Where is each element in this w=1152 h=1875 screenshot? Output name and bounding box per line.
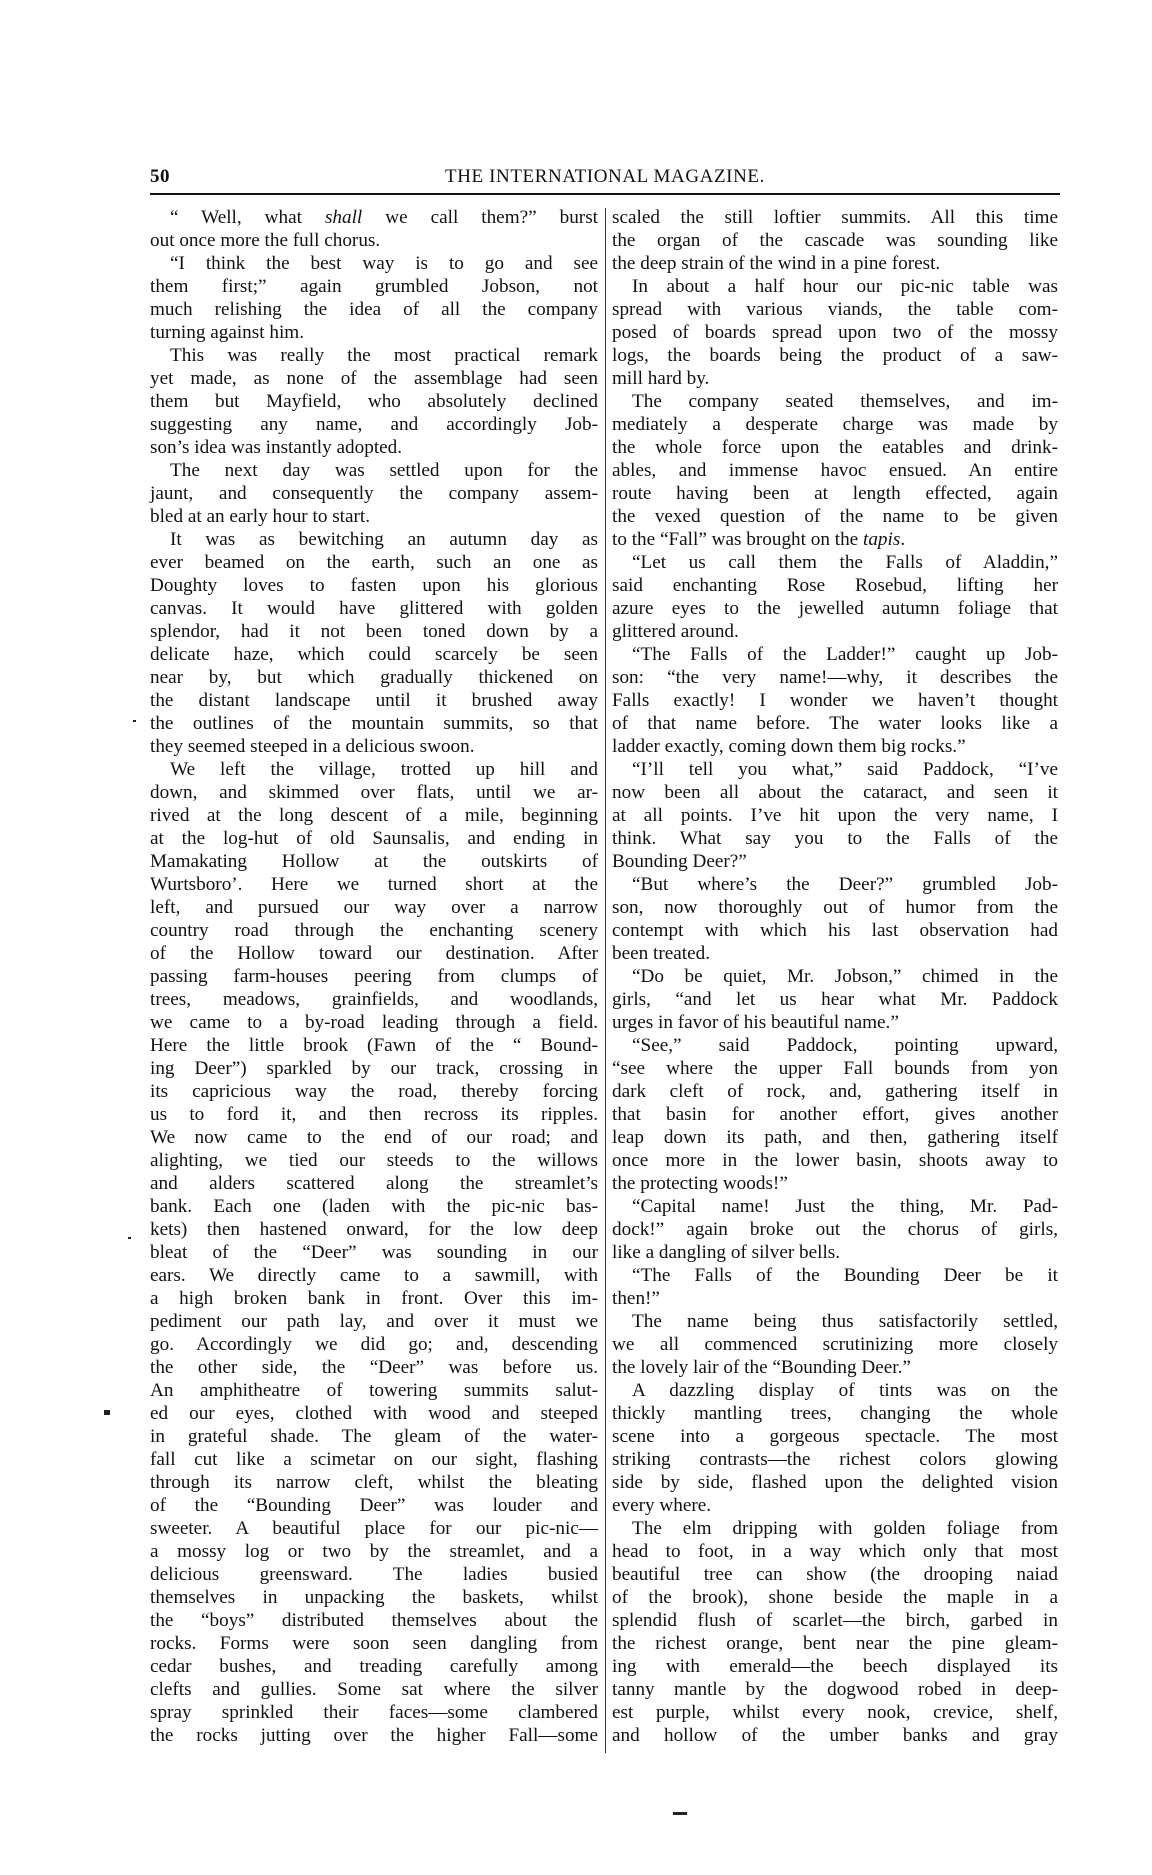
text-line: “The Falls of the Bounding Deer be it <box>612 1264 1058 1287</box>
text-line: splendor, had it not been toned down by … <box>150 620 598 643</box>
text-line: “Do be quiet, Mr. Jobson,” chimed in the <box>612 965 1058 988</box>
text-line: of that name before. The water looks lik… <box>612 712 1058 735</box>
text-line: now been all about the cataract, and see… <box>612 781 1058 804</box>
text-line: kets) then hastened onward, for the low … <box>150 1218 598 1241</box>
italic-word: shall <box>325 207 362 228</box>
text-line: clefts and gullies. Some sat where the s… <box>150 1678 598 1701</box>
text-line: in grateful shade. The gleam of the wate… <box>150 1425 598 1448</box>
text-line: “ Well, what shall we call them?” burst <box>150 206 598 229</box>
text-line: out once more the full chorus. <box>150 229 598 252</box>
text-line: bled at an early hour to start. <box>150 505 598 528</box>
text-line: down, and skimmed over flats, until we a… <box>150 781 598 804</box>
text-line: sweeter. A beautiful place for our pic-n… <box>150 1517 598 1540</box>
text-line: ever beamed on the earth, such an one as <box>150 551 598 574</box>
text-line: logs, the boards being the product of a … <box>612 344 1058 367</box>
text-line: and alders scattered along the streamlet… <box>150 1172 598 1195</box>
text-line: country road through the enchanting scen… <box>150 919 598 942</box>
text-line: azure eyes to the jewelled autumn foliag… <box>612 597 1058 620</box>
text-line: we all commenced scrutinizing more close… <box>612 1333 1058 1356</box>
text-line: go. Accordingly we did go; and, descendi… <box>150 1333 598 1356</box>
text-line: through its narrow cleft, whilst the ble… <box>150 1471 598 1494</box>
text-line: jaunt, and consequently the company asse… <box>150 482 598 505</box>
text-line: and hollow of the umber banks and gray <box>612 1724 1058 1747</box>
text-line: us to ford it, and then recross its ripp… <box>150 1103 598 1126</box>
header-rule <box>150 193 1060 195</box>
text-line: ladder exactly, coming down them big roc… <box>612 735 1058 758</box>
text-line: suggesting any name, and accordingly Job… <box>150 413 598 436</box>
text-line: Mamakating Hollow at the outskirts of <box>150 850 598 873</box>
text-line: then!” <box>612 1287 1058 1310</box>
text-line: the lovely lair of the “Bounding Deer.” <box>612 1356 1058 1379</box>
text-line: beautiful tree can show (the drooping na… <box>612 1563 1058 1586</box>
text-line: the richest orange, bent near the pine g… <box>612 1632 1058 1655</box>
stray-mark-footer <box>673 1812 687 1815</box>
text-line: they seemed steeped in a delicious swoon… <box>150 735 598 758</box>
text-line: at all points. I’ve hit upon the very na… <box>612 804 1058 827</box>
text-line: at the log-hut of old Saunsalis, and end… <box>150 827 598 850</box>
text-line: rived at the long descent of a mile, beg… <box>150 804 598 827</box>
text-line: son: “the very name!—why, it describes t… <box>612 666 1058 689</box>
text-line: a mossy log or two by the streamlet, and… <box>150 1540 598 1563</box>
text-line: pediment our path lay, and over it must … <box>150 1310 598 1333</box>
text-line: bank. Each one (laden with the pic-nic b… <box>150 1195 598 1218</box>
text-line: “But where’s the Deer?” grumbled Job- <box>612 873 1058 896</box>
text-line: the protecting woods!” <box>612 1172 1058 1195</box>
text-line: the other side, the “Deer” was before us… <box>150 1356 598 1379</box>
text-line: scaled the still loftier summits. All th… <box>612 206 1058 229</box>
text-line: near by, but which gradually thickened o… <box>150 666 598 689</box>
text-line: We left the village, trotted up hill and <box>150 758 598 781</box>
text-line: canvas. It would have glittered with gol… <box>150 597 598 620</box>
text-line: striking contrasts—the richest colors gl… <box>612 1448 1058 1471</box>
text-line: turning against him. <box>150 321 598 344</box>
text-line: head to foot, in a way which only that m… <box>612 1540 1058 1563</box>
text-line: Here the little brook (Fawn of the “ Bou… <box>150 1034 598 1057</box>
text-line: bleat of the “Deer” was sounding in our <box>150 1241 598 1264</box>
text-line: A dazzling display of tints was on the <box>612 1379 1058 1402</box>
text-line: we came to a by-road leading through a f… <box>150 1011 598 1034</box>
text-line: The name being thus satisfactorily settl… <box>612 1310 1058 1333</box>
text-line: yet made, as none of the assemblage had … <box>150 367 598 390</box>
text-line: the vexed question of the name to be giv… <box>612 505 1058 528</box>
text-line: themselves in unpacking the baskets, whi… <box>150 1586 598 1609</box>
text-line: of the Hollow toward our destination. Af… <box>150 942 598 965</box>
text-line: alighting, we tied our steeds to the wil… <box>150 1149 598 1172</box>
text-line: delicate haze, which could scarcely be s… <box>150 643 598 666</box>
text-line: est purple, whilst every nook, crevice, … <box>612 1701 1058 1724</box>
text-line: side by side, flashed upon the delighted… <box>612 1471 1058 1494</box>
text-line: contempt with which his last observation… <box>612 919 1058 942</box>
text-line: to the “Fall” was brought on the tapis. <box>612 528 1058 551</box>
text-line: said enchanting Rose Rosebud, lifting he… <box>612 574 1058 597</box>
text-line: “See,” said Paddock, pointing upward, <box>612 1034 1058 1057</box>
text-line: spray sprinkled their faces—some clamber… <box>150 1701 598 1724</box>
text-line: It was as bewitching an autumn day as <box>150 528 598 551</box>
text-line: every where. <box>612 1494 1058 1517</box>
text-line: Bounding Deer?” <box>612 850 1058 873</box>
text-line: son, now thoroughly out of humor from th… <box>612 896 1058 919</box>
text-line: urges in favor of his beautiful name.” <box>612 1011 1058 1034</box>
text-line: The company seated themselves, and im- <box>612 390 1058 413</box>
italic-word: tapis <box>863 529 900 550</box>
text-line: rocks. Forms were soon seen dangling fro… <box>150 1632 598 1655</box>
text-line: ing with emerald—the beech displayed its <box>612 1655 1058 1678</box>
text-line: splendid flush of scarlet—the birch, gar… <box>612 1609 1058 1632</box>
text-line: “The Falls of the Ladder!” caught up Job… <box>612 643 1058 666</box>
text-line: posed of boards spread upon two of the m… <box>612 321 1058 344</box>
text-line: scene into a gorgeous spectacle. The mos… <box>612 1425 1058 1448</box>
text-line: the distant landscape until it brushed a… <box>150 689 598 712</box>
text-line: the outlines of the mountain summits, so… <box>150 712 598 735</box>
text-line: dark cleft of rock, and, gathering itsel… <box>612 1080 1058 1103</box>
text-line: An amphitheatre of towering summits salu… <box>150 1379 598 1402</box>
text-line: once more in the lower basin, shoots awa… <box>612 1149 1058 1172</box>
text-line: leap down its path, and then, gathering … <box>612 1126 1058 1149</box>
text-line: trees, meadows, grainfields, and woodlan… <box>150 988 598 1011</box>
text-line: the deep strain of the wind in a pine fo… <box>612 252 1058 275</box>
text-line: been treated. <box>612 942 1058 965</box>
text-line: much relishing the idea of all the compa… <box>150 298 598 321</box>
text-line: tanny mantle by the dogwood robed in dee… <box>612 1678 1058 1701</box>
running-title: THE INTERNATIONAL MAGAZINE. <box>150 166 1060 188</box>
text-line: “I’ll tell you what,” said Paddock, “I’v… <box>612 758 1058 781</box>
text-line: In about a half hour our pic-nic table w… <box>612 275 1058 298</box>
text-line: Doughty loves to fasten upon his gloriou… <box>150 574 598 597</box>
text-line: son’s idea was instantly adopted. <box>150 436 598 459</box>
text-line: This was really the most practical remar… <box>150 344 598 367</box>
stray-mark-asterisk <box>104 1410 110 1415</box>
text-line: a high broken bank in front. Over this i… <box>150 1287 598 1310</box>
text-line: them first;” again grumbled Jobson, not <box>150 275 598 298</box>
text-line: ears. We directly came to a sawmill, wit… <box>150 1264 598 1287</box>
text-line: the whole force upon the eatables and dr… <box>612 436 1058 459</box>
text-line: “Capital name! Just the thing, Mr. Pad- <box>612 1195 1058 1218</box>
text-line: that basin for another effort, gives ano… <box>612 1103 1058 1126</box>
text-line: glittered around. <box>612 620 1058 643</box>
text-line: the rocks jutting over the higher Fall—s… <box>150 1724 598 1747</box>
text-line: its capricious way the road, thereby for… <box>150 1080 598 1103</box>
text-line: thickly mantling trees, changing the who… <box>612 1402 1058 1425</box>
text-line: of the brook), shone beside the maple in… <box>612 1586 1058 1609</box>
text-line: passing farm-houses peering from clumps … <box>150 965 598 988</box>
text-line: ing Deer”) sparkled by our track, crossi… <box>150 1057 598 1080</box>
text-line: The next day was settled upon for the <box>150 459 598 482</box>
text-line: Wurtsboro’. Here we turned short at the <box>150 873 598 896</box>
stray-mark-dot <box>128 1237 131 1239</box>
text-line: “Let us call them the Falls of Aladdin,” <box>612 551 1058 574</box>
right-column: scaled the still loftier summits. All th… <box>612 206 1058 1747</box>
text-line: fall cut like a scimetar on our sight, f… <box>150 1448 598 1471</box>
text-line: spread with various viands, the table co… <box>612 298 1058 321</box>
text-line: The elm dripping with golden foliage fro… <box>612 1517 1058 1540</box>
text-line: mediately a desperate charge was made by <box>612 413 1058 436</box>
text-line: mill hard by. <box>612 367 1058 390</box>
text-line: think. What say you to the Falls of the <box>612 827 1058 850</box>
text-line: cedar bushes, and treading carefully amo… <box>150 1655 598 1678</box>
text-line: them but Mayfield, who absolutely declin… <box>150 390 598 413</box>
stray-mark-dot <box>133 720 136 722</box>
text-line: “I think the best way is to go and see <box>150 252 598 275</box>
text-line: Falls exactly! I wonder we haven’t thoug… <box>612 689 1058 712</box>
column-divider <box>605 208 606 1753</box>
text-line: ed our eyes, clothed with wood and steep… <box>150 1402 598 1425</box>
text-line: like a dangling of silver bells. <box>612 1241 1058 1264</box>
text-line: We now came to the end of our road; and <box>150 1126 598 1149</box>
text-line: left, and pursued our way over a narrow <box>150 896 598 919</box>
text-line: delicious greensward. The ladies busied <box>150 1563 598 1586</box>
text-line: the organ of the cascade was sounding li… <box>612 229 1058 252</box>
text-line: “see where the upper Fall bounds from yo… <box>612 1057 1058 1080</box>
text-line: the “boys” distributed themselves about … <box>150 1609 598 1632</box>
text-line: of the “Bounding Deer” was louder and <box>150 1494 598 1517</box>
text-line: route having been at length effected, ag… <box>612 482 1058 505</box>
left-column: “ Well, what shall we call them?” bursto… <box>150 206 598 1747</box>
text-line: girls, “and let us hear what Mr. Paddock <box>612 988 1058 1011</box>
text-line: dock!” again broke out the chorus of gir… <box>612 1218 1058 1241</box>
text-line: ables, and immense havoc ensued. An enti… <box>612 459 1058 482</box>
